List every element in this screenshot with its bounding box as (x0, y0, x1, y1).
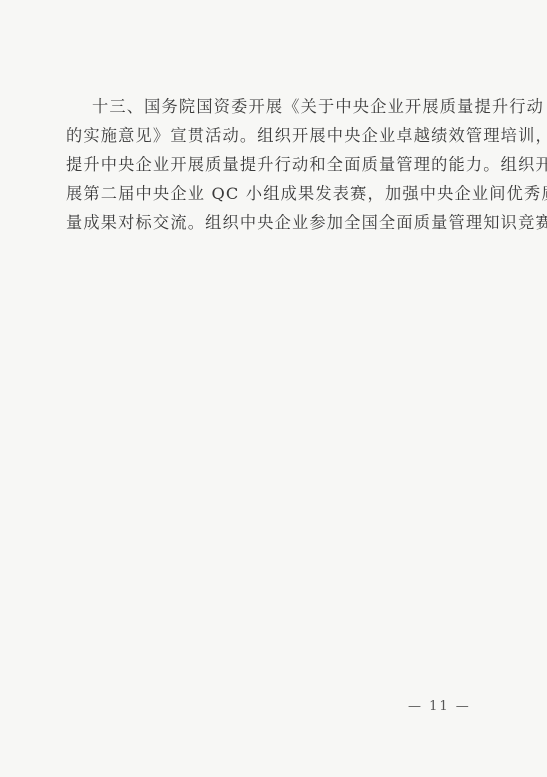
document-page: 十三、国务院国资委开展《关于中央企业开展质量提升行动 的实施意见》宣贯活动。组织… (0, 0, 547, 777)
paragraph-line: 展第二届中央企业 QC 小组成果发表赛，加强中央企业间优秀质 (66, 179, 496, 208)
paragraph-line: 十三、国务院国资委开展《关于中央企业开展质量提升行动 (66, 92, 496, 121)
paragraph-item-13: 十三、国务院国资委开展《关于中央企业开展质量提升行动 的实施意见》宣贯活动。组织… (66, 92, 496, 237)
paragraph-line: 的实施意见》宣贯活动。组织开展中央企业卓越绩效管理培训， (66, 121, 496, 150)
page-number: — 11 — (408, 699, 471, 714)
paragraph-line: 量成果对标交流。组织中央企业参加全国全面质量管理知识竞赛。 (66, 208, 496, 237)
paragraph-line: 提升中央企业开展质量提升行动和全面质量管理的能力。组织开 (66, 150, 496, 179)
